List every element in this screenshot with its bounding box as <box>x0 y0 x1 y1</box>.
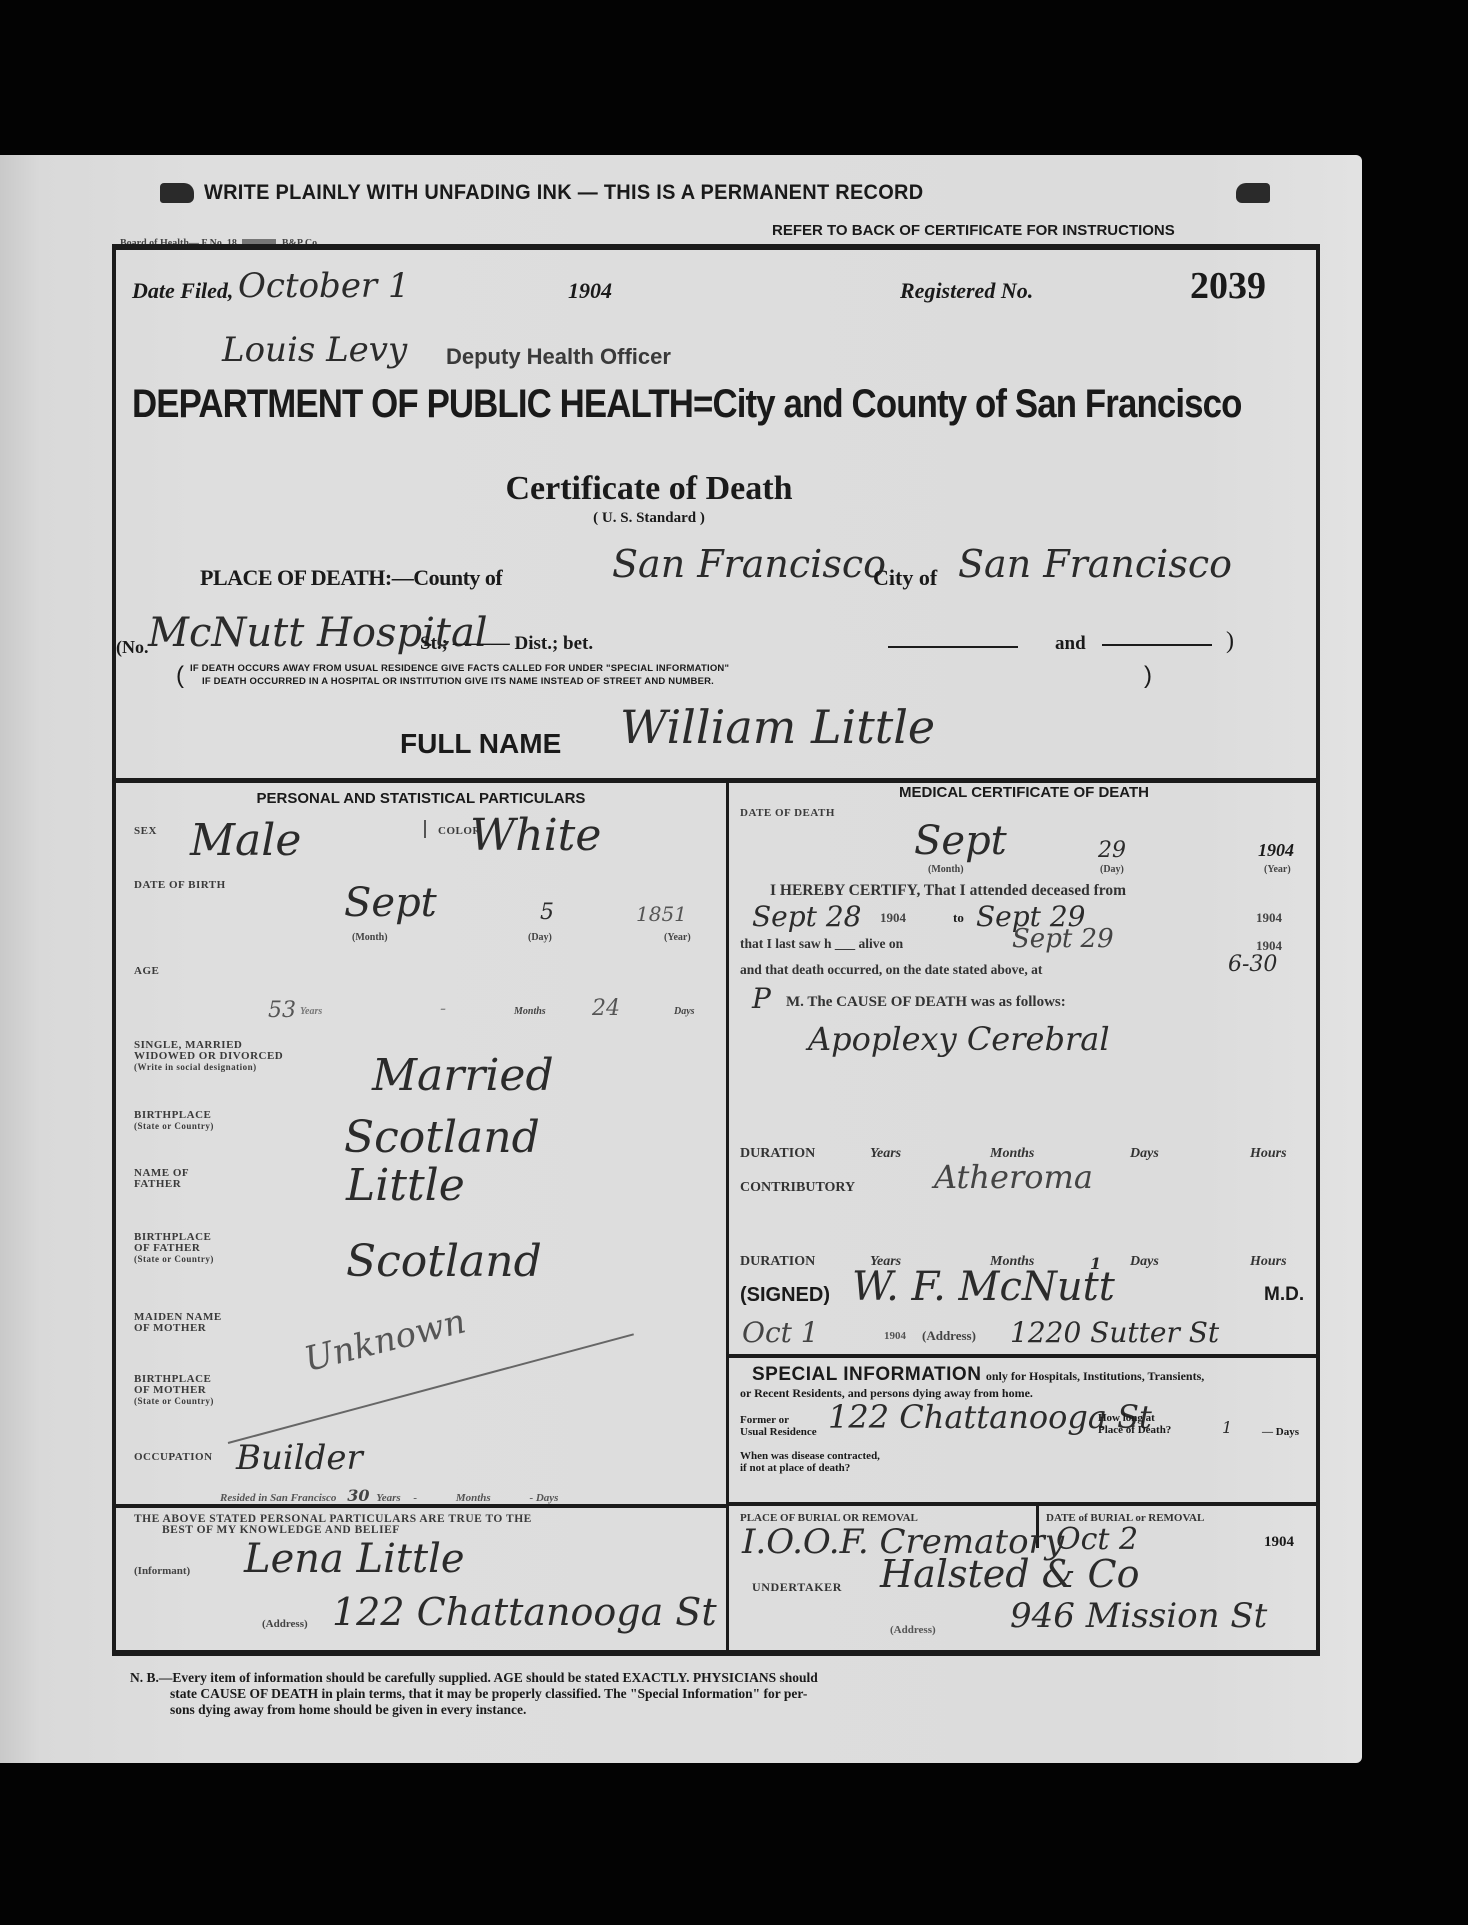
dod-month-caption: (Month) <box>928 864 964 875</box>
footer-note: N. B.—Every item of information should b… <box>130 1670 818 1718</box>
how-long-value: 1 <box>1222 1418 1232 1437</box>
personal-heading: PERSONAL AND STATISTICAL PARTICULARS <box>116 790 726 807</box>
how-long-days: — Days <box>1262 1426 1299 1438</box>
dod-year-caption: (Year) <box>1264 864 1291 875</box>
dob-month-caption: (Month) <box>352 932 388 943</box>
occupation-value: Builder <box>236 1438 363 1478</box>
pointing-hand-left-icon <box>160 183 194 203</box>
note-line-1: IF DEATH OCCURS AWAY FROM USUAL RESIDENC… <box>190 663 729 674</box>
certificate-title: Certificate of Death <box>0 470 1468 508</box>
banner: WRITE PLAINLY WITH UNFADING INK — THIS I… <box>160 178 1270 208</box>
dob-day: 5 <box>540 900 554 925</box>
top-rule <box>112 244 1320 250</box>
column-divider <box>726 783 729 1650</box>
mother-birthplace-label: BIRTHPLACE OF MOTHER (State or Country) <box>134 1374 214 1407</box>
contributory-value: Atheroma <box>934 1158 1093 1196</box>
dod-month: Sept <box>914 818 1007 864</box>
attestation-text: THE ABOVE STATED PERSONAL PARTICULARS AR… <box>134 1514 532 1536</box>
dob-label: DATE OF BIRTH <box>134 880 226 891</box>
box-right-border <box>1316 248 1320 1650</box>
cause-text: M. The CAUSE OF DEATH was as follows: <box>786 994 1066 1011</box>
birthplace-label: BIRTHPLACE (State or Country) <box>134 1110 214 1132</box>
undertaker-label: UNDERTAKER <box>752 1580 842 1595</box>
dod-year: 1904 <box>1258 840 1294 861</box>
note-line-2: IF DEATH OCCURRED IN A HOSPITAL OR INSTI… <box>202 676 714 687</box>
registered-number: 2039 <box>1190 264 1266 308</box>
note-open-paren: ( <box>176 662 184 690</box>
contributory-label: CONTRIBUTORY <box>740 1180 855 1196</box>
attended-from: Sept 28 <box>752 900 861 933</box>
death-occurred-text: and that death occurred, on the date sta… <box>740 962 1042 978</box>
attestation-rule <box>116 1504 726 1508</box>
standard-label: ( U. S. Standard ) <box>0 510 1468 527</box>
age-label: AGE <box>134 966 159 977</box>
burial-rule <box>729 1502 1319 1506</box>
burial-year: 1904 <box>1264 1534 1294 1551</box>
number-label: (No. <box>116 637 149 658</box>
color-value: White <box>470 810 601 861</box>
closing-paren: ) <box>1226 628 1234 655</box>
marital-value: Married <box>372 1050 554 1101</box>
signed-date: Oct 1 <box>742 1316 819 1349</box>
how-long-label: How long at Place of Death? <box>1098 1412 1171 1436</box>
and-fill-line <box>1102 644 1212 646</box>
full-name-value: William Little <box>620 700 935 754</box>
informant-label: (Informant) <box>134 1565 190 1577</box>
attended-from-year: 1904 <box>880 910 906 926</box>
box-left-border <box>112 248 116 1650</box>
dob-year: 1851 <box>636 902 687 926</box>
special-heading: SPECIAL INFORMATION only for Hospitals, … <box>752 1364 1204 1386</box>
sex-value: Male <box>190 815 301 866</box>
date-filed-value: October 1 <box>238 266 410 306</box>
registered-label: Registered No. <box>900 278 1033 304</box>
age-days-caption: Days <box>674 1006 695 1017</box>
city-value: San Francisco <box>958 542 1232 586</box>
department-title: DEPARTMENT OF PUBLIC HEALTH=City and Cou… <box>132 382 1241 427</box>
contracted-label: When was disease contracted, if not at p… <box>740 1450 880 1474</box>
informant-address-value: 122 Chattanooga St <box>332 1590 717 1634</box>
dod-day: 29 <box>1098 838 1126 863</box>
father-birthplace-value: Scotland <box>346 1236 542 1287</box>
date-filed-label: Date Filed, <box>132 278 233 304</box>
signed-year: 1904 <box>884 1330 906 1342</box>
former-residence-label: Former or Usual Residence <box>740 1414 817 1438</box>
dod-label: DATE OF DEATH <box>740 808 835 819</box>
father-birthplace-label: BIRTHPLACE OF FATHER (State or Country) <box>134 1232 214 1265</box>
medical-heading: MEDICAL CERTIFICATE OF DEATH <box>729 784 1319 801</box>
age-days: 24 <box>592 996 620 1021</box>
dob-month: Sept <box>344 880 437 926</box>
informant-address-label: (Address) <box>262 1618 308 1630</box>
section-rule <box>112 778 1320 783</box>
and-label: and <box>1055 633 1086 655</box>
filing-year: 1904 <box>568 278 612 304</box>
banner-text: WRITE PLAINLY WITH UNFADING INK — THIS I… <box>204 181 923 205</box>
occupation-label: OCCUPATION <box>134 1452 213 1463</box>
full-name-label: FULL NAME <box>400 728 561 760</box>
dob-year-caption: (Year) <box>664 932 691 943</box>
undertaker-address-value: 946 Mission St <box>1010 1596 1267 1636</box>
physician-address-value: 1220 Sutter St <box>1010 1316 1219 1349</box>
attended-to-year: 1904 <box>1256 910 1282 926</box>
age-months-caption: Months <box>514 1006 546 1017</box>
instructions-note: REFER TO BACK OF CERTIFICATE FOR INSTRUC… <box>772 222 1175 239</box>
informant-value: Lena Little <box>244 1536 465 1582</box>
certify-text: I HEREBY CERTIFY, That I attended deceas… <box>770 882 1126 900</box>
father-name-value: Little <box>346 1160 465 1211</box>
father-name-label: NAME OF FATHER <box>134 1168 189 1190</box>
place-of-death-label: PLACE OF DEATH:—County of <box>200 565 502 591</box>
last-saw-text: that I last saw h ___ alive on <box>740 936 903 952</box>
age-years-caption: Years <box>300 1006 322 1017</box>
street-label: St.; ——— Dist.; bet. <box>420 633 593 655</box>
county-value: San Francisco <box>612 542 886 586</box>
bottom-rule <box>112 1650 1320 1656</box>
note-close-paren: ) <box>1144 662 1152 690</box>
age-years: 53 <box>268 998 296 1023</box>
death-ampm: P <box>752 982 771 1015</box>
sex-label: SEX <box>134 826 157 837</box>
signed-label: (SIGNED) <box>740 1284 830 1307</box>
to-label: to <box>953 910 964 926</box>
cause-value: Apoplexy Cerebral <box>808 1020 1110 1058</box>
physician-signature: W. F. McNutt <box>852 1264 1115 1310</box>
marital-label: SINGLE, MARRIED WIDOWED OR DIVORCED (Wri… <box>134 1040 283 1073</box>
death-time: 6-30 <box>1228 952 1277 977</box>
special-info-rule <box>729 1354 1319 1358</box>
birthplace-value: Scotland <box>344 1112 540 1163</box>
officer-title: Deputy Health Officer <box>446 344 671 370</box>
undertaker-address-label: (Address) <box>890 1624 936 1636</box>
city-label: City of <box>873 565 937 591</box>
dod-day-caption: (Day) <box>1100 864 1124 875</box>
dob-day-caption: (Day) <box>528 932 552 943</box>
pointing-hand-right-icon <box>1236 183 1270 203</box>
age-months: - <box>440 998 446 1019</box>
mother-name-label: MAIDEN NAME OF MOTHER <box>134 1312 222 1334</box>
last-saw-date: Sept 29 <box>1012 924 1114 954</box>
md-label: M.D. <box>1264 1284 1304 1306</box>
street-fill-line <box>888 646 1018 648</box>
physician-address-label: (Address) <box>922 1328 976 1344</box>
officer-signature: Louis Levy <box>222 330 407 370</box>
resided-row: Resided in San Francisco 30 Years - Mont… <box>220 1486 558 1505</box>
undertaker-value: Halsted & Co <box>880 1552 1139 1596</box>
color-divider <box>424 820 426 838</box>
